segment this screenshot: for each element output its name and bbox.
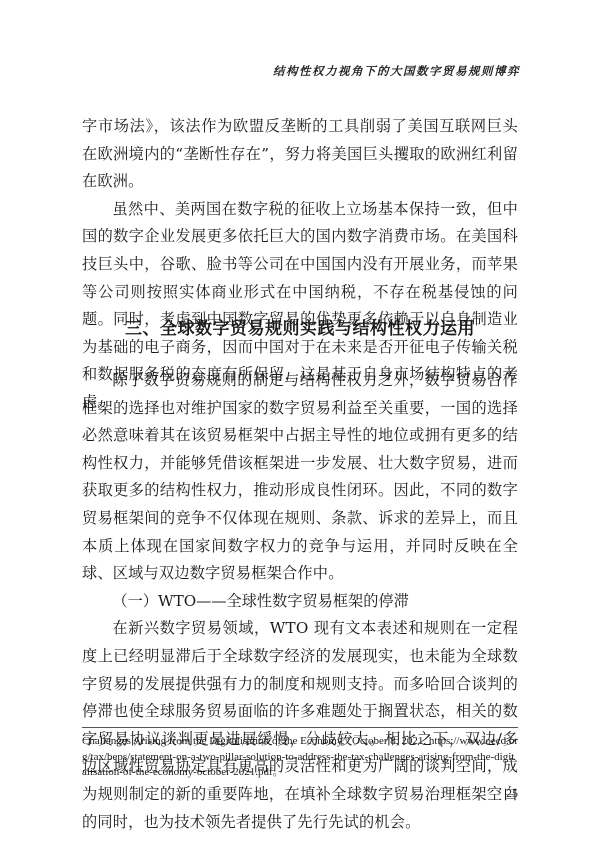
footnote: Challenges Arising from the Digitalisati…	[82, 734, 518, 781]
running-header: 结构性权力视角下的大国数字贸易规则博弈	[273, 63, 520, 79]
section-heading: 三、全球数字贸易规则实践与结构性权力运用	[82, 314, 518, 339]
paragraph-wto: 在新兴数字贸易领域，WTO 现有文本表述和规则在一定程度上已经明显滞后于全球数字…	[82, 615, 518, 836]
footnote-text: Challenges Arising from the Digitalisati…	[82, 735, 518, 778]
footnote-divider	[82, 727, 518, 728]
page-number: 25	[506, 786, 518, 801]
paragraph-continuation: 字市场法》，该法作为欧盟反垄断的工具削弱了美国互联网巨头在欧洲境内的“垄断性存在…	[82, 113, 518, 196]
paragraph-framework-choice: 除了数字贸易规则的制定与结构性权力之外，数字贸易合作框架的选择也对维护国家的数字…	[82, 367, 518, 588]
subsection-heading: （一）WTO——全球性数字贸易框架的停滞	[82, 588, 518, 616]
